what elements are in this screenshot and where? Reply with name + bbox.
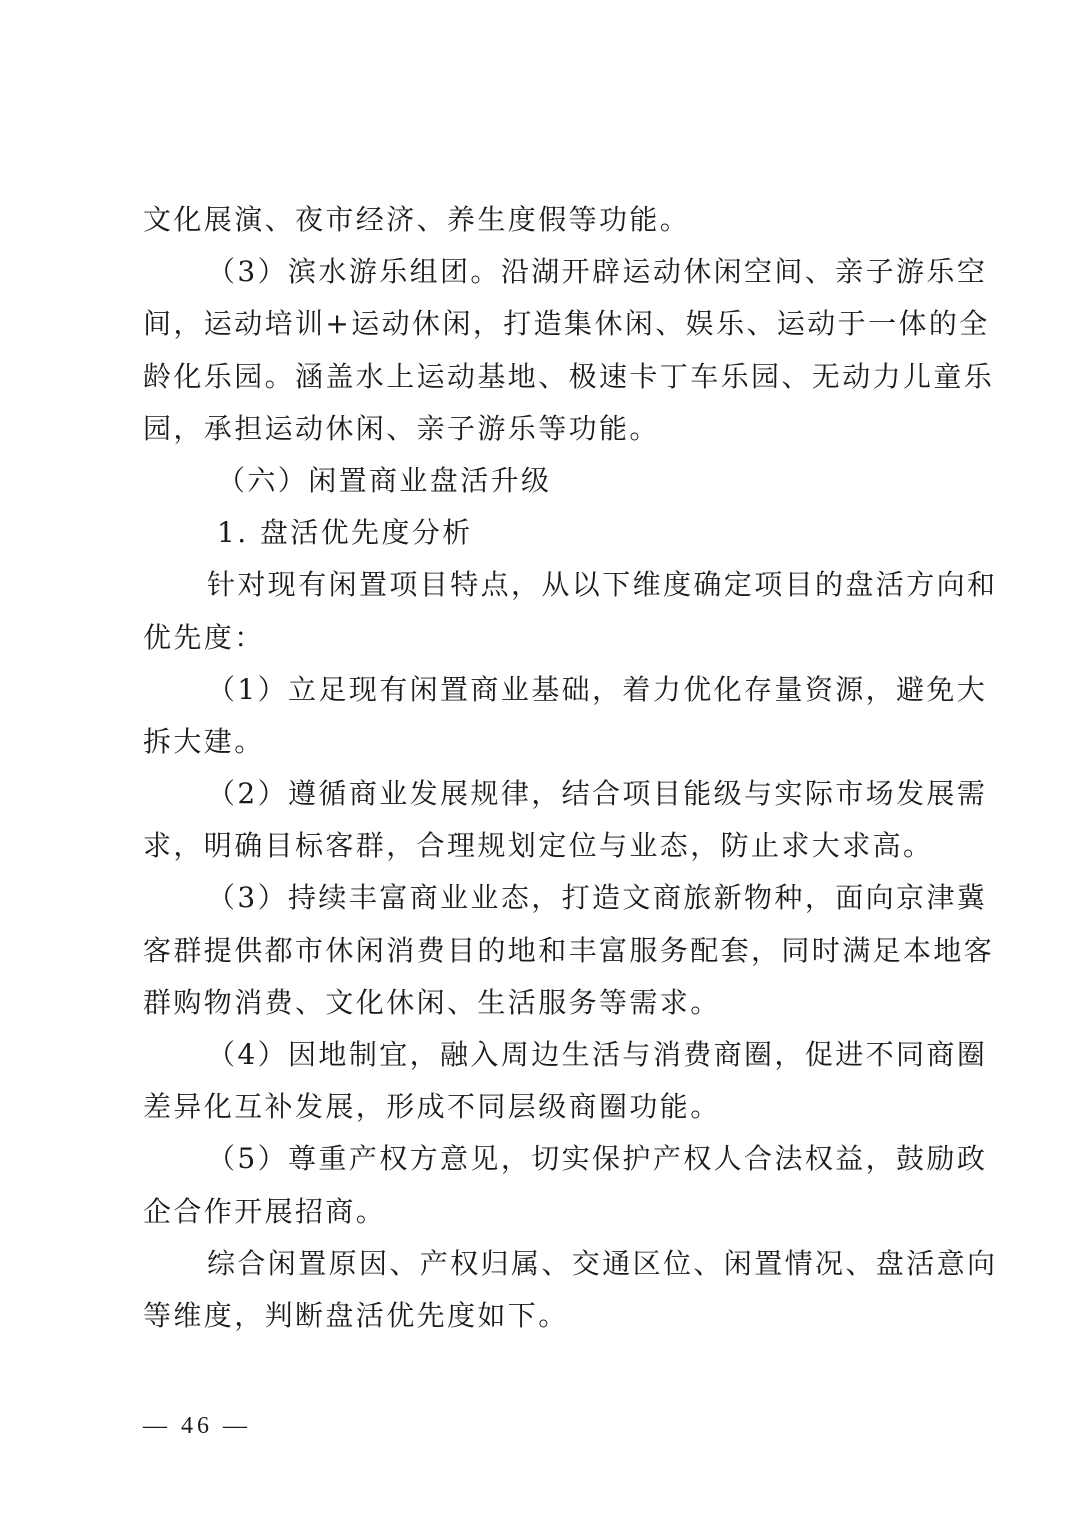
text-line: 龄化乐园。涵盖水上运动基地、极速卡丁车乐园、无动力儿童乐 xyxy=(143,351,943,403)
list-item-2: （2）遵循商业发展规律，结合项目能级与实际市场发展需 xyxy=(143,768,943,820)
text-line: 拆大建。 xyxy=(143,716,943,768)
paragraph-intro: 针对现有闲置项目特点，从以下维度确定项目的盘活方向和 xyxy=(143,559,943,611)
page-number: — 46 — xyxy=(143,1413,251,1440)
section-heading: （六）闲置商业盘活升级 xyxy=(143,455,943,507)
paragraph-summary: 综合闲置原因、产权归属、交通区位、闲置情况、盘活意向 xyxy=(143,1238,943,1290)
text-line: 等维度，判断盘活优先度如下。 xyxy=(143,1290,943,1342)
text-line: 园，承担运动休闲、亲子游乐等功能。 xyxy=(143,403,943,455)
list-item-1: （1）立足现有闲置商业基础，着力优化存量资源，避免大 xyxy=(143,664,943,716)
text-line: 文化展演、夜市经济、养生度假等功能。 xyxy=(143,194,943,246)
list-item-3-waterfront: （3）滨水游乐组团。沿湖开辟运动休闲空间、亲子游乐空 xyxy=(143,246,943,298)
text-line: 客群提供都市休闲消费目的地和丰富服务配套，同时满足本地客 xyxy=(143,925,943,977)
list-item-5: （5）尊重产权方意见，切实保护产权人合法权益，鼓励政 xyxy=(143,1133,943,1185)
list-item-3: （3）持续丰富商业业态，打造文商旅新物种，面向京津冀 xyxy=(143,872,943,924)
text-line: 求，明确目标客群，合理规划定位与业态，防止求大求高。 xyxy=(143,820,943,872)
text-line: 企合作开展招商。 xyxy=(143,1186,943,1238)
text-line: 差异化互补发展，形成不同层级商圈功能。 xyxy=(143,1081,943,1133)
list-item-4: （4）因地制宜，融入周边生活与消费商圈，促进不同商圈 xyxy=(143,1029,943,1081)
document-body: 文化展演、夜市经济、养生度假等功能。 （3）滨水游乐组团。沿湖开辟运动休闲空间、… xyxy=(143,194,943,1342)
text-line: 间，运动培训+运动休闲，打造集休闲、娱乐、运动于一体的全 xyxy=(143,298,943,350)
text-line: 群购物消费、文化休闲、生活服务等需求。 xyxy=(143,977,943,1029)
subsection-heading: 1. 盘活优先度分析 xyxy=(143,507,943,559)
text-line: 优先度： xyxy=(143,612,943,664)
